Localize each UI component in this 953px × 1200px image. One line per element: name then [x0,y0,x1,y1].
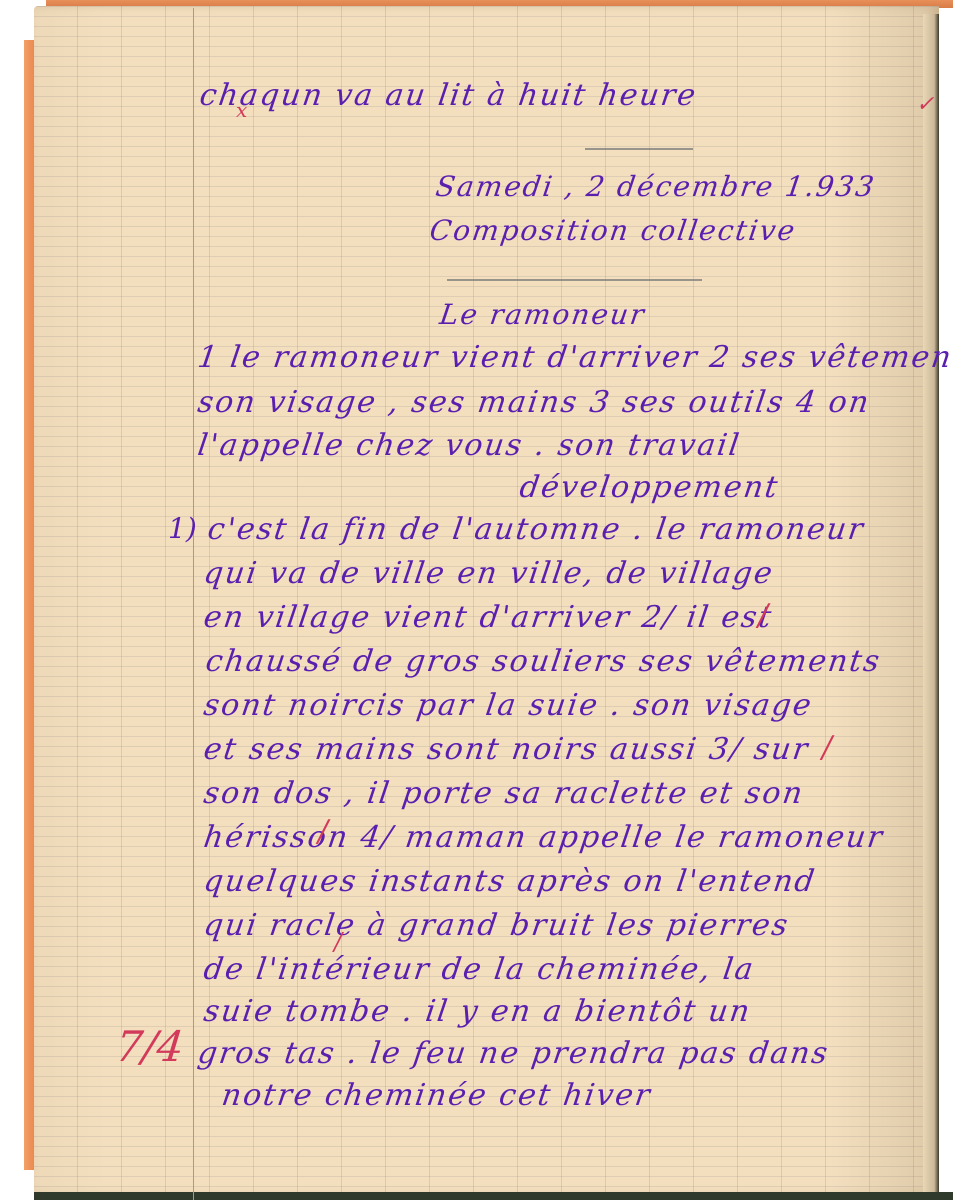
plan-line: l'appelle chez vous . son travail [196,428,743,463]
correction-mark-x: x [236,98,247,122]
margin-line [193,8,194,1200]
body-line: de l'intérieur de la cheminée, la [202,952,758,987]
body-line: hérisson 4/ maman appelle le ramoneur [202,820,887,855]
correction-mark-check: ✓ [916,92,934,117]
plan-line: 1 le ramoneur vient d'arriver 2 ses vête… [196,340,953,375]
divider-rule-top [585,148,693,150]
notebook-cover-edge-left [24,40,34,1170]
correction-slash: / [822,730,832,765]
teacher-grade: 7/4 [113,1022,186,1071]
divider-rule-bottom [447,279,702,281]
body-line: qui va de ville en ville, de village [202,556,777,591]
body-line: qui racle à grand bruit les pierres [202,908,792,943]
correction-slash: / [758,598,768,633]
body-line: son dos , il porte sa raclette et son [202,776,807,811]
body-line: gros tas . le feu ne prendra pas dans [196,1036,832,1071]
correction-slash: / [334,928,342,956]
body-line: en village vient d'arriver 2/ il est [202,600,776,635]
entry-subject: Composition collective [428,214,799,247]
entry-date: Samedi , 2 décembre 1.933 [434,170,878,203]
body-line: quelques instants après on l'entend [202,864,819,899]
plan-line: son visage , ses mains 3 ses outils 4 on [196,385,873,420]
body-line: notre cheminée cet hiver [220,1078,654,1113]
body-line: sont noircis par la suie . son visage [202,688,816,723]
paragraph-number: 1) [168,512,197,545]
page-bottom-shadow [34,1192,953,1200]
previous-entry-last-line: chaqun va au lit à huit heure [198,78,700,113]
correction-slash: / [318,814,328,849]
body-line: suie tombe . il y en a bientôt un [202,994,754,1029]
entry-title: Le ramoneur [438,298,648,331]
section-heading: développement [518,470,782,505]
body-line: et ses mains sont noirs aussi 3/ sur [202,732,812,767]
body-line: chaussé de gros souliers ses vêtements [204,644,884,679]
page-binding-edge [923,14,939,1200]
body-line: c'est la fin de l'automne . le ramoneur [206,512,867,547]
